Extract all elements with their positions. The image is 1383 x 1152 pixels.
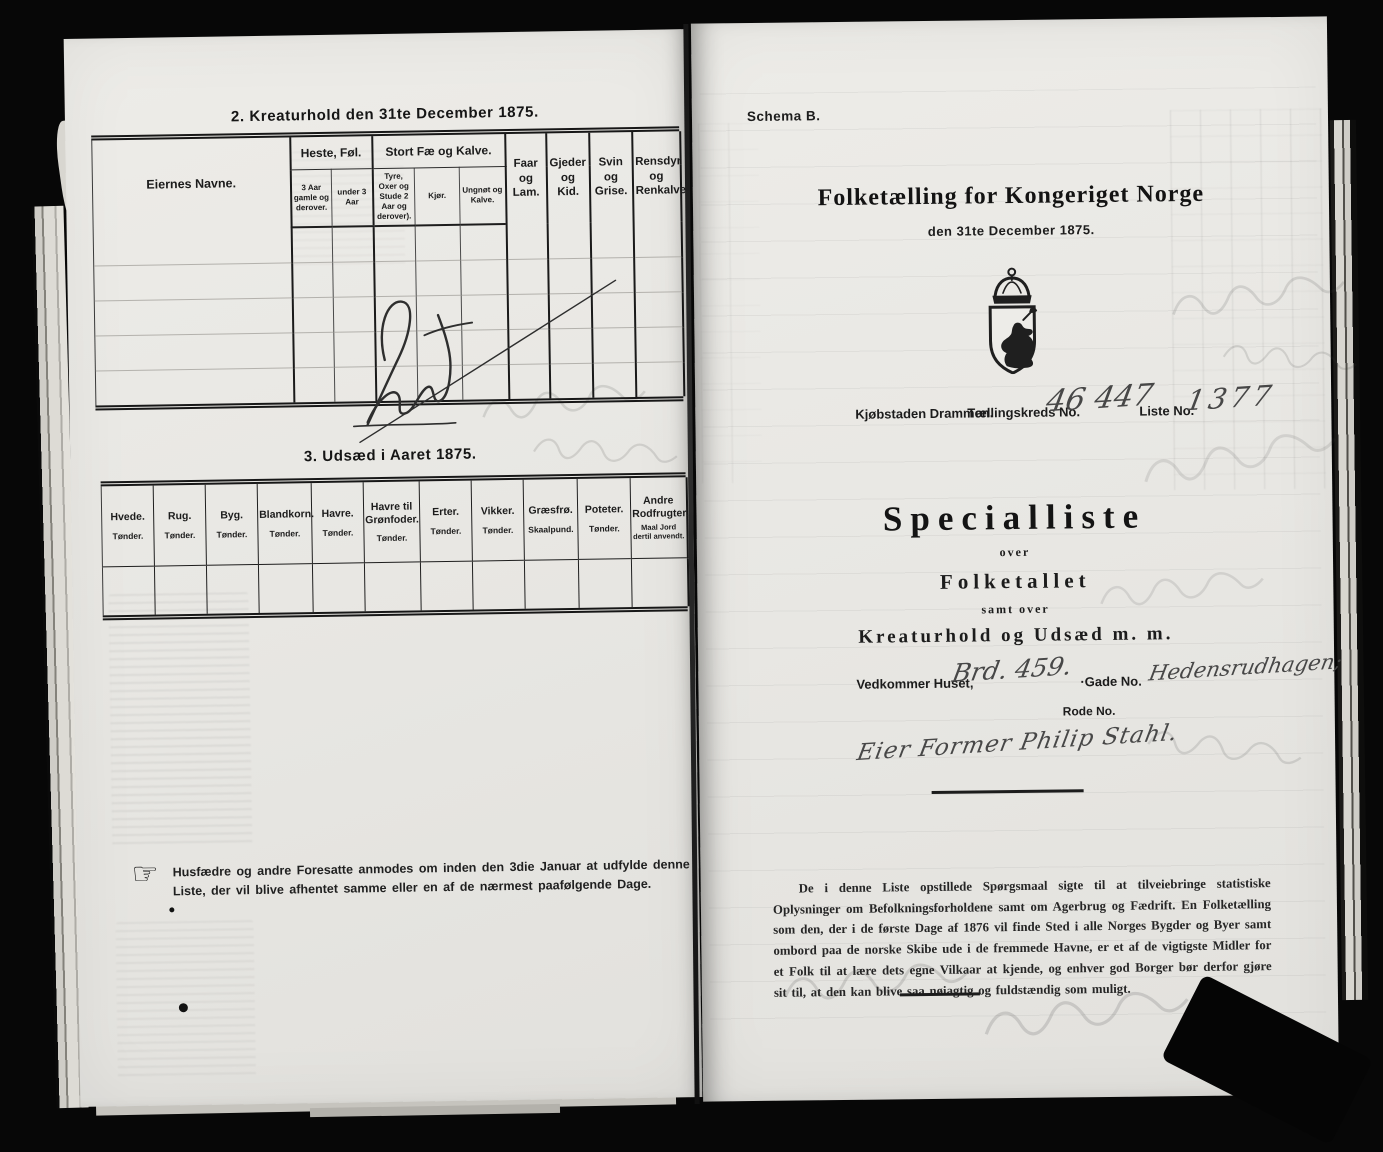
crop-name: Poteter. xyxy=(579,503,629,516)
empty-cell xyxy=(547,223,591,259)
empty-cell xyxy=(631,558,688,607)
list-heading: Specialliste xyxy=(716,495,1312,542)
left-page: 2. Kreaturhold den 31te December 1875. E… xyxy=(64,29,703,1107)
crop-name: Byg. xyxy=(207,509,256,522)
right-page: Schema B. Folketælling for Kongeriget No… xyxy=(691,16,1339,1101)
crop-unit: Tønder. xyxy=(103,530,152,541)
crop-name: Andre Rodfrugter. xyxy=(632,495,685,521)
gade-label: ·Gade No. xyxy=(1080,674,1142,690)
bleed-through-text xyxy=(108,592,252,846)
crop-name: Hvede. xyxy=(103,511,152,524)
empty-cell xyxy=(312,563,365,612)
intet-scrawl xyxy=(305,268,648,458)
empty-cell xyxy=(258,564,313,613)
crop-unit: Tønder. xyxy=(579,523,629,534)
empty-cell xyxy=(94,263,293,301)
empty-cell xyxy=(332,226,374,262)
column-header-gjeder: Gjeder og Kid. xyxy=(546,133,590,224)
empty-cell xyxy=(415,225,461,261)
udsaed-table: Hvede.Tønder. Rug.Tønder. Byg.Tønder. Bl… xyxy=(101,477,689,615)
footnote: ☞ Husfædre og andre Foresatte anmodes om… xyxy=(132,855,698,903)
crop-unit: Skaalpund. xyxy=(525,524,576,535)
subheader-kjoer: Kjør. xyxy=(414,167,460,225)
column-header: Havre til Grønfoder.Tønder. xyxy=(363,481,420,562)
column-header: Andre Rodfrugter.Maal Jord dertil anvend… xyxy=(630,477,687,558)
column-header-svin: Svin og Grise. xyxy=(589,132,633,223)
crop-unit: Tønder. xyxy=(313,527,362,538)
crop-name: Erter. xyxy=(421,506,470,519)
crop-name: Blandkorn. xyxy=(259,508,310,521)
column-header: Havre.Tønder. xyxy=(311,482,364,563)
column-header: Rug.Tønder. xyxy=(153,485,206,566)
ink-speck xyxy=(169,907,174,912)
crop-unit: Tønder. xyxy=(259,528,310,539)
crop-unit: Maal Jord dertil anvendt. xyxy=(632,522,685,541)
column-header: Byg.Tønder. xyxy=(205,484,258,565)
column-header: Blandkorn.Tønder. xyxy=(257,483,312,564)
empty-cell xyxy=(633,221,682,257)
column-header: Vikker.Tønder. xyxy=(471,480,524,561)
empty-cell xyxy=(420,561,473,610)
footnote-text: Husfædre og andre Foresatte anmodes om i… xyxy=(173,855,698,902)
liste-value-handwritten: 1377 xyxy=(1184,379,1278,418)
empty-cell xyxy=(364,562,421,611)
empty-cell xyxy=(291,227,333,263)
empty-cell xyxy=(102,566,155,615)
empty-cell xyxy=(95,368,294,406)
crop-name: Græsfrø. xyxy=(525,504,576,517)
empty-cell xyxy=(94,298,293,336)
column-header: Erter.Tønder. xyxy=(419,481,472,562)
rode-label: Rode No. xyxy=(1063,704,1116,719)
crop-unit: Tønder. xyxy=(473,525,522,536)
empty-cell xyxy=(154,565,207,614)
manicule-icon: ☞ xyxy=(132,864,159,886)
empty-cell xyxy=(472,560,525,609)
subheader-heste-under3: under 3 Aar xyxy=(331,169,373,227)
empty-cell xyxy=(506,223,548,259)
column-header: Græsfrø.Skaalpund. xyxy=(523,479,578,560)
empty-cell xyxy=(206,564,259,613)
column-header: Hvede.Tønder. xyxy=(101,486,154,567)
instruction-paragraph: De i denne Liste opstillede Spørgsmaal s… xyxy=(773,873,1272,1003)
subheader-ungnot: Ungnøt og Kalve. xyxy=(459,167,506,225)
empty-cell xyxy=(95,333,294,371)
crop-name: Havre. xyxy=(313,508,362,521)
kreaturhold-title: 2. Kreaturhold den 31te December 1875. xyxy=(91,101,679,127)
subheader-heste-3aar: 3 Aar gamle og derover. xyxy=(290,169,332,227)
norway-coat-of-arms-icon xyxy=(973,266,1052,375)
column-header-faar: Faar og Lam. xyxy=(505,133,547,224)
group-header-stort-fae: Stort Fæ og Kalve. xyxy=(372,134,506,169)
crop-name: Havre til Grønfoder. xyxy=(365,500,418,526)
column-header: Poteter.Tønder. xyxy=(577,478,631,559)
crop-name: Vikker. xyxy=(473,505,522,518)
column-header-owner: Eiernes Navne. xyxy=(92,137,291,230)
empty-cell xyxy=(590,222,634,258)
schema-label: Schema B. xyxy=(747,108,821,124)
column-header-rensdyr: Rensdyr og Renkalve. xyxy=(632,131,681,222)
book-scan: { "colors": { "paper": "#eae9e5", "ink":… xyxy=(0,0,1383,1152)
crop-unit: Tønder. xyxy=(421,525,470,536)
empty-cell xyxy=(578,559,632,608)
empty-cell xyxy=(460,224,507,260)
ink-speck xyxy=(179,1003,188,1012)
empty-cell xyxy=(93,227,292,266)
empty-cell xyxy=(373,225,416,261)
subheader-tyre-oxer: Tyre, Oxer og Stude 2 Aar og derover). xyxy=(372,168,415,226)
crop-unit: Tønder. xyxy=(207,529,256,540)
crop-name: Rug. xyxy=(155,510,204,523)
empty-cell xyxy=(524,559,579,608)
coat-of-arms-wrap xyxy=(714,263,1311,383)
crop-unit: Tønder. xyxy=(365,533,418,544)
udsaed-table-frame: Hvede.Tønder. Rug.Tønder. Byg.Tønder. Bl… xyxy=(101,472,688,620)
bleed-through-text xyxy=(116,920,256,1082)
group-header-heste: Heste, Føl. xyxy=(290,136,373,170)
crop-unit: Tønder. xyxy=(155,530,204,541)
